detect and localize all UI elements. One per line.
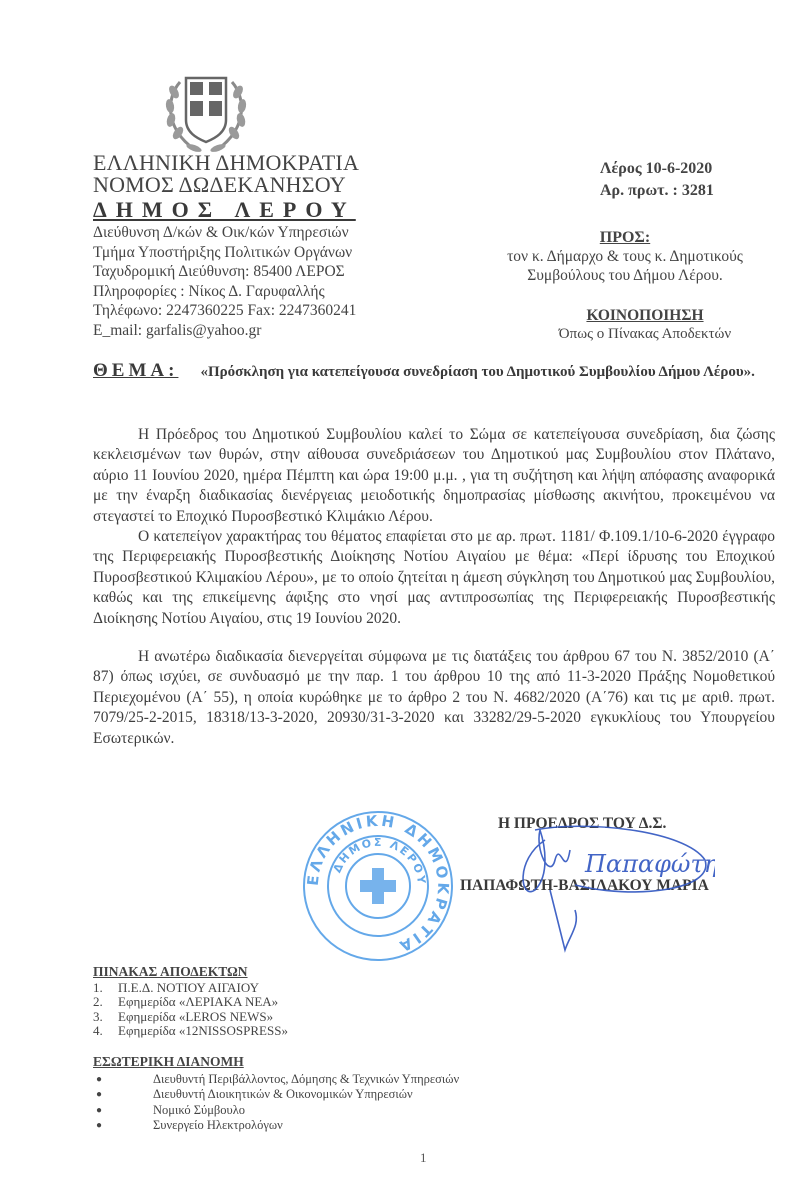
bullet-icon: ● bbox=[93, 1118, 153, 1134]
recipient-item: 1.Π.Ε.Δ. ΝΟΤΙΟΥ ΑΙΓΑΙΟΥ bbox=[93, 981, 473, 996]
sender-header: ΕΛΛΗΝΙΚΗ ΔΗΜΟΚΡΑΤΙΑ ΝΟΜΟΣ ΔΩΔΕΚΑΝΗΣΟΥ ΔΗ… bbox=[93, 152, 453, 341]
prefecture-name: ΝΟΜΟΣ ΔΩΔΕΚΑΝΗΣΟΥ bbox=[93, 174, 453, 196]
bullet-icon: ● bbox=[93, 1103, 153, 1119]
body-paragraph: Η Πρόεδρος του Δημοτικού Συμβουλίου καλε… bbox=[93, 425, 775, 527]
sender-info: Διεύθυνση Δ/κών & Οικ/κών Υπηρεσιών Τμήμ… bbox=[93, 223, 453, 341]
subject-text: «Πρόσκληση για κατεπείγουσα συνεδρίαση τ… bbox=[200, 364, 754, 380]
addressee-block: ΠΡΟΣ: τον κ. Δήμαρχο & τους κ. Δημοτικού… bbox=[470, 228, 780, 285]
distribution-item: ●Συνεργείο Ηλεκτρολόγων bbox=[93, 1118, 513, 1134]
subject-line: ΘΕΜΑ:«Πρόσκληση για κατεπείγουσα συνεδρί… bbox=[93, 360, 773, 383]
body-paragraph: Ο κατεπείγον χαρακτήρας του θέματος επαφ… bbox=[93, 527, 775, 629]
bullet-icon: ● bbox=[93, 1087, 153, 1103]
addressee-line: τον κ. Δήμαρχο & τους κ. Δημοτικούς bbox=[470, 247, 780, 266]
email-line: E_mail: garfalis@yahoo.gr bbox=[93, 321, 453, 341]
official-stamp-icon: ΕΛΛΗΝΙΚΗ ΔΗΜΟΚΡΑΤΙΑ ΔΗΜΟΣ ΛΕΡΟΥ bbox=[298, 806, 458, 966]
document-meta: Λέρος 10-6-2020 Αρ. πρωτ. : 3281 bbox=[600, 158, 714, 202]
recipient-item: 4.Εφημερίδα «12NISSOSPRESS» bbox=[93, 1024, 473, 1039]
department-line: Διεύθυνση Δ/κών & Οικ/κών Υπηρεσιών bbox=[93, 223, 453, 243]
subject-label: ΘΕΜΑ: bbox=[93, 360, 178, 381]
municipality-name: ΔΗΜΟΣ ΛΕΡΟΥ bbox=[93, 196, 453, 223]
distribution-item: ●Νομικό Σύμβουλο bbox=[93, 1103, 513, 1119]
letter-body: Η Πρόεδρος του Δημοτικού Συμβουλίου καλε… bbox=[93, 425, 775, 749]
phone-fax-line: Τηλέφωνο: 2247360225 Fax: 2247360241 bbox=[93, 301, 453, 321]
section-line: Τμήμα Υποστήριξης Πολιτικών Οργάνων bbox=[93, 243, 453, 263]
cc-text: Όπως ο Πίνακας Αποδεκτών bbox=[520, 325, 770, 344]
internal-distribution-label: ΕΣΩΤΕΡΙΚΗ ΔΙΑΝΟΜΗ bbox=[93, 1054, 513, 1070]
recipient-item: 2.Εφημερίδα «ΛΕΡΙΑΚΑ ΝΕΑ» bbox=[93, 995, 473, 1010]
distribution-item: ●Διευθυντή Διοικητικών & Οικονομικών Υπη… bbox=[93, 1087, 513, 1103]
addressee-line: Συμβούλους του Δήμου Λέρου. bbox=[470, 266, 780, 285]
recipients-label: ΠΙΝΑΚΑΣ ΑΠΟΔΕΚΤΩΝ bbox=[93, 965, 473, 980]
body-paragraph: Η ανωτέρω διαδικασία διενεργείται σύμφων… bbox=[93, 647, 775, 749]
greek-coat-of-arms-icon bbox=[160, 68, 252, 156]
cc-block: ΚΟΙΝΟΠΟΙΗΣΗ Όπως ο Πίνακας Αποδεκτών bbox=[520, 306, 770, 344]
recipients-list: ΠΙΝΑΚΑΣ ΑΠΟΔΕΚΤΩΝ 1.Π.Ε.Δ. ΝΟΤΙΟΥ ΑΙΓΑΙΟ… bbox=[93, 965, 473, 1039]
address-line: Ταχυδρομική Διεύθυνση: 85400 ΛΕΡΟΣ bbox=[93, 262, 453, 282]
protocol-number: Αρ. πρωτ. : 3281 bbox=[600, 180, 714, 202]
internal-distribution-list: ΕΣΩΤΕΡΙΚΗ ΔΙΑΝΟΜΗ ●Διευθυντή Περιβάλλοντ… bbox=[93, 1054, 513, 1134]
cc-label: ΚΟΙΝΟΠΟΙΗΣΗ bbox=[520, 306, 770, 325]
page-number: 1 bbox=[420, 1150, 427, 1166]
bullet-icon: ● bbox=[93, 1072, 153, 1088]
recipient-item: 3.Εφημερίδα «LEROS NEWS» bbox=[93, 1010, 473, 1025]
signature-handwriting: Παπαφώτη bbox=[584, 850, 715, 878]
contact-person-line: Πληροφορίες : Νίκος Δ. Γαρυφαλλής bbox=[93, 282, 453, 302]
distribution-item: ●Διευθυντή Περιβάλλοντος, Δόμησης & Τεχν… bbox=[93, 1072, 513, 1088]
country-name: ΕΛΛΗΝΙΚΗ ΔΗΜΟΚΡΑΤΙΑ bbox=[93, 152, 453, 174]
addressee-label: ΠΡΟΣ: bbox=[470, 228, 780, 247]
document-date: Λέρος 10-6-2020 bbox=[600, 158, 714, 180]
handwritten-signature-icon: Παπαφώτη bbox=[505, 820, 715, 960]
